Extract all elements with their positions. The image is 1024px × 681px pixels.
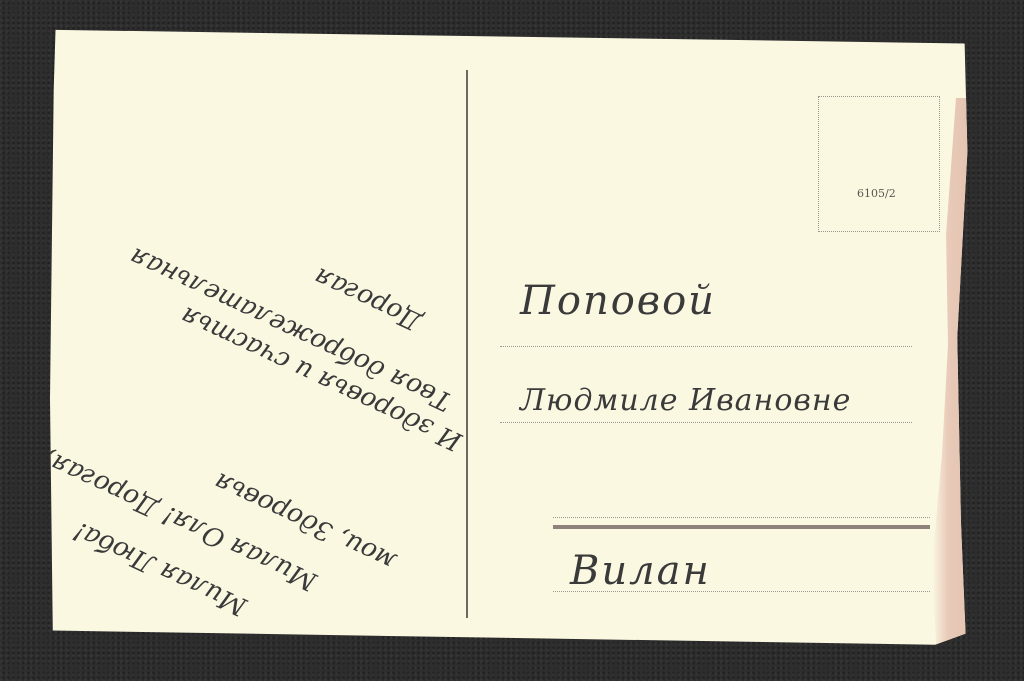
postcard: Милая Люба! Милая Оля! Дорогая, мои, Здо… [50,28,972,646]
message-line: Дорогая [309,261,426,337]
address-line-3 [553,517,930,518]
recipient-name: Людмиле Ивановне [520,383,851,418]
recipient-surname: Поповой [520,278,716,324]
address-line-1 [500,346,912,347]
address-line-2 [500,422,912,423]
stamp-box: 6105/2 [818,96,940,232]
address-bar [553,525,930,529]
destination-city: Вилан [570,548,711,594]
stamp-code: 6105/2 [857,187,896,200]
message-area: Милая Люба! Милая Оля! Дорогая, мои, Здо… [90,148,490,628]
center-divider [466,70,468,618]
